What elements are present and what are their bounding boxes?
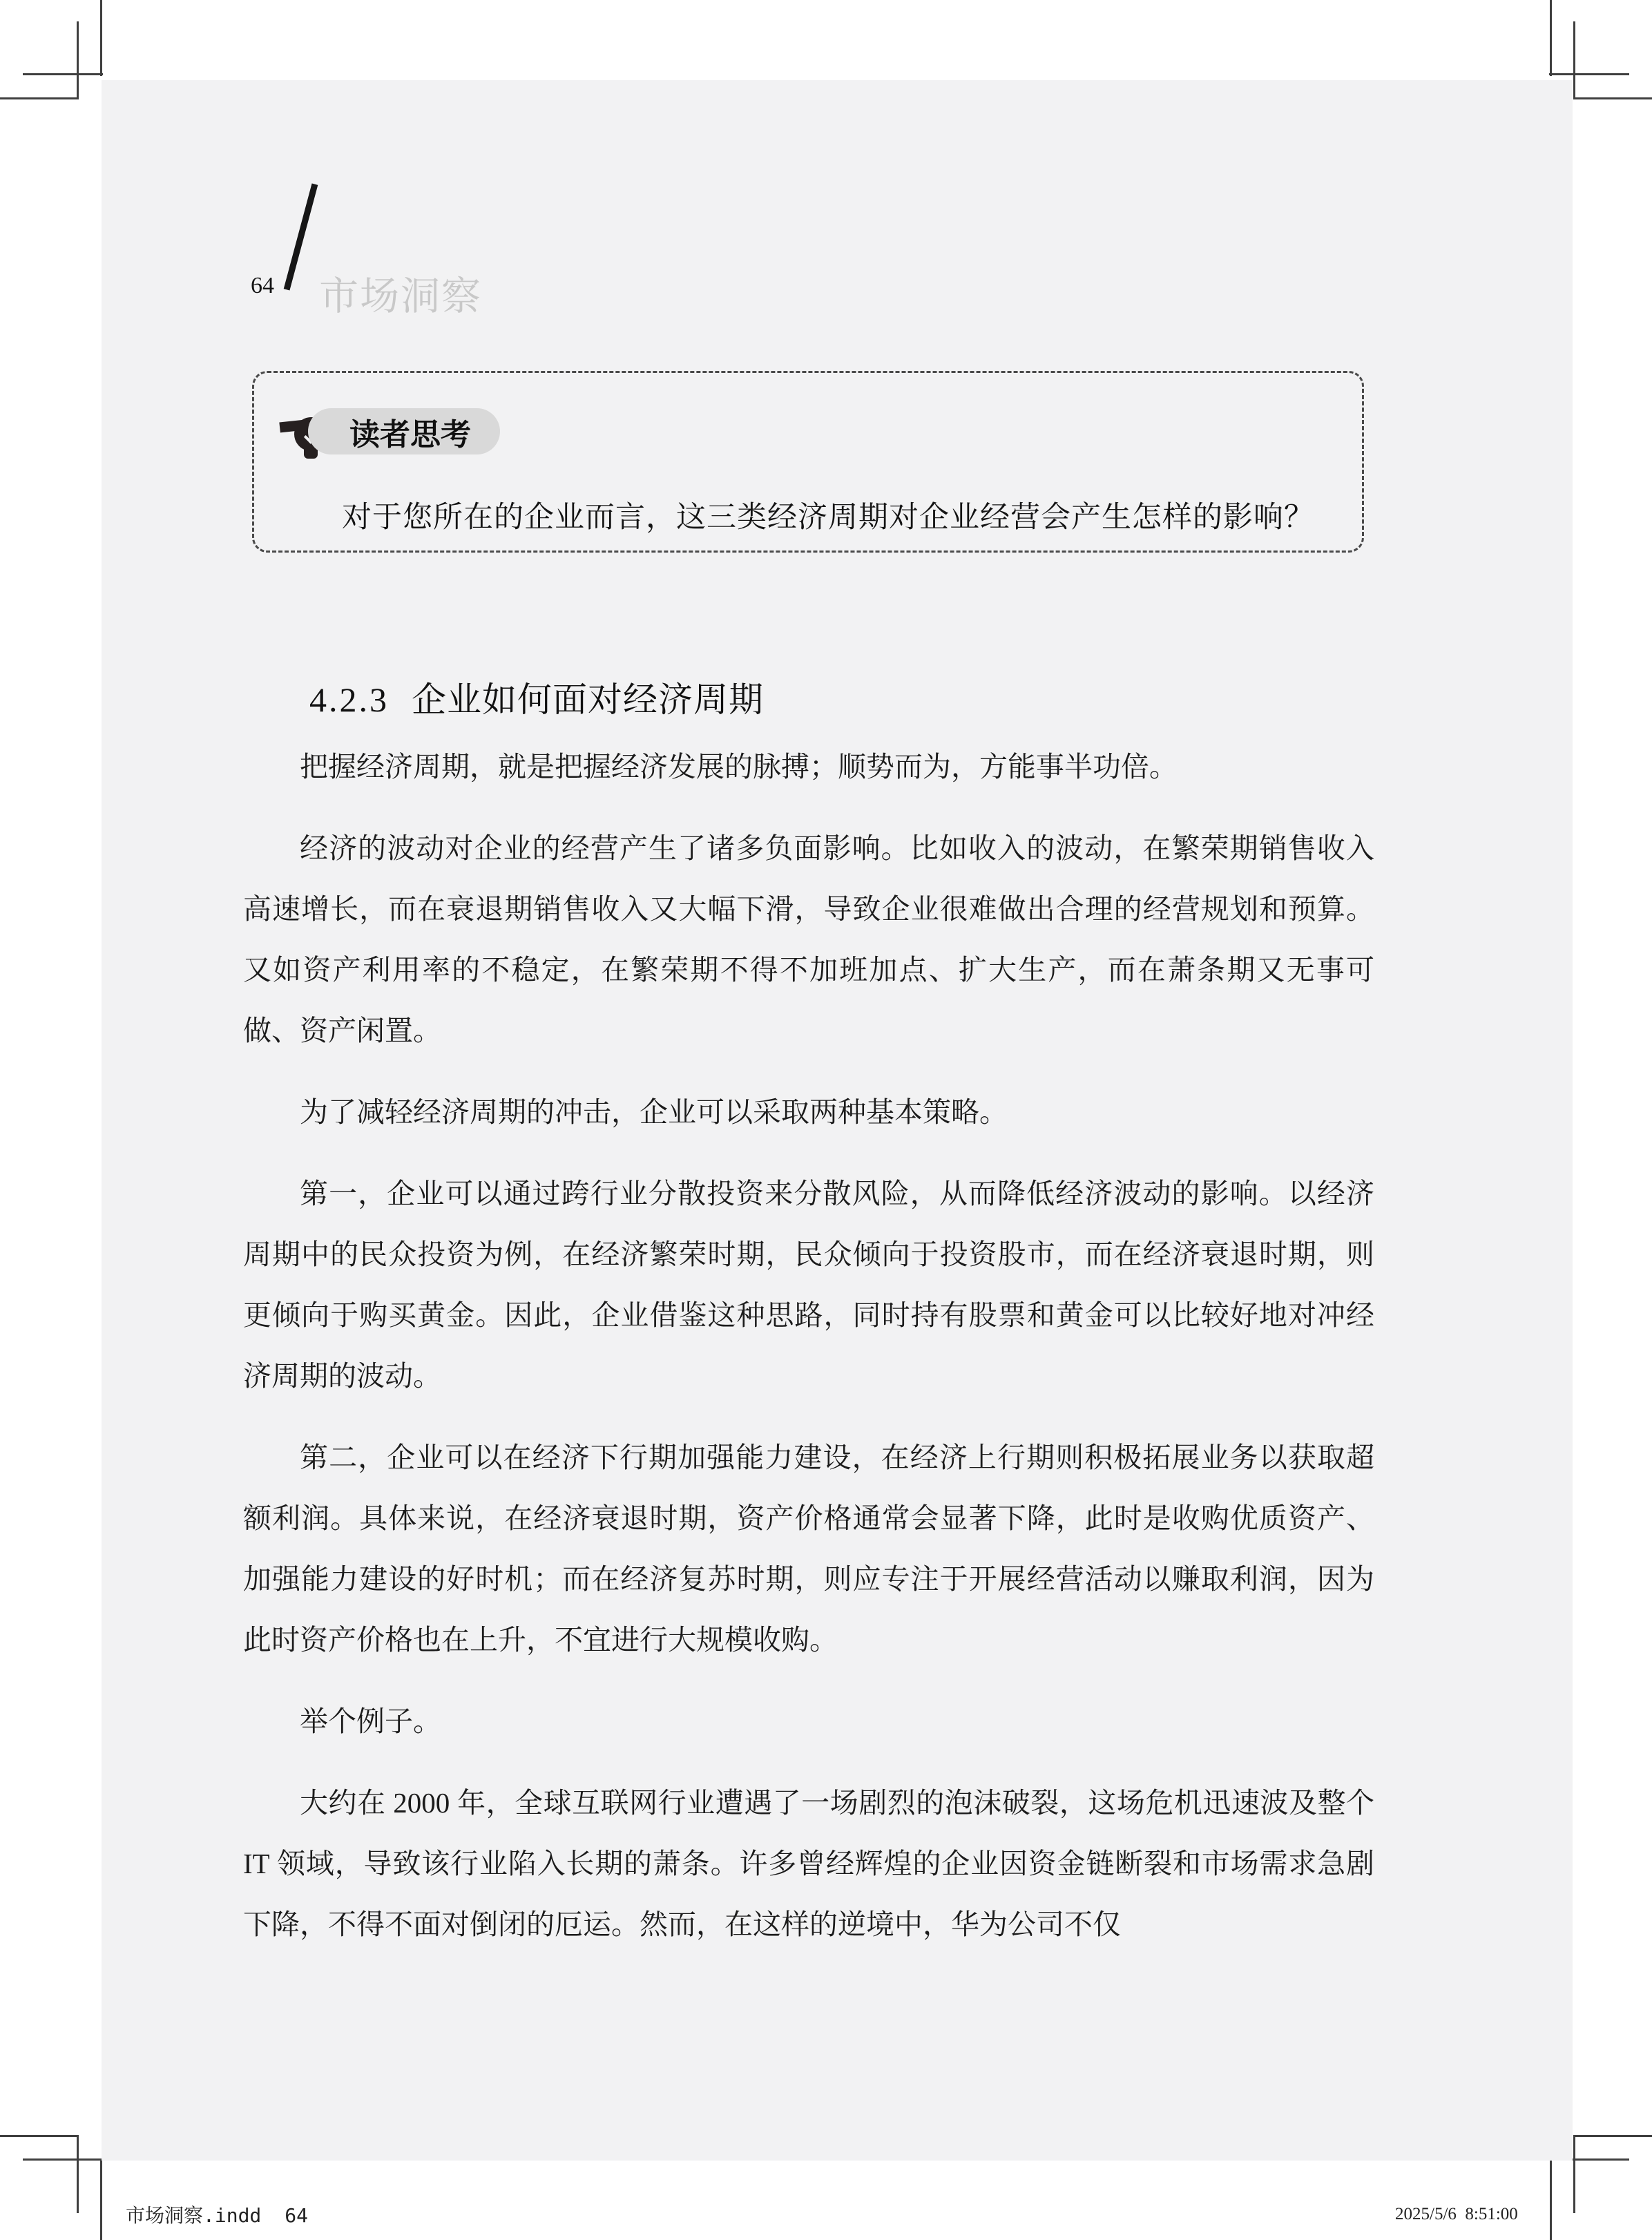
crop-mark bbox=[77, 21, 79, 99]
paragraph: 举个例子。 bbox=[243, 1691, 1374, 1752]
reader-thoughts-label: 读者思考 bbox=[349, 410, 471, 454]
article-body: 把握经济周期，就是把握经济发展的脉搏；顺势而为，方能事半功倍。 经济的波动对企业… bbox=[243, 736, 1374, 1955]
crop-mark bbox=[0, 2135, 79, 2137]
slug-timestamp: 2025/5/6 8:51:00 bbox=[1395, 2205, 1518, 2224]
crop-mark bbox=[1573, 97, 1652, 99]
crop-mark bbox=[1550, 0, 1552, 76]
reader-question-text: 对于您所在的企业而言，这三类经济周期对企业经营会产生怎样的影响？ bbox=[342, 494, 1314, 536]
slug-file-page: 64 bbox=[285, 2204, 308, 2227]
reader-thoughts-label-pill: 读者思考 bbox=[308, 408, 500, 454]
paragraph: 大约在 2000 年，全球互联网行业遭遇了一场剧烈的泡沫破裂，这场危机迅速波及整… bbox=[243, 1772, 1374, 1955]
crop-mark bbox=[23, 2158, 103, 2161]
crop-mark bbox=[100, 2158, 102, 2240]
crop-mark bbox=[1573, 2135, 1652, 2137]
slug-filename: 市场洞察.indd64 bbox=[126, 2201, 308, 2228]
section-number: 4.2.3 bbox=[309, 680, 389, 719]
crop-mark bbox=[1549, 73, 1629, 75]
paragraph: 经济的波动对企业的经营产生了诸多负面影响。比如收入的波动，在繁荣期销售收入高速增… bbox=[243, 818, 1374, 1061]
crop-mark bbox=[23, 73, 103, 75]
page-canvas: 64 市场洞察 读者思考 对于您所在的企业而言，这三类经济周期对企业经营会产生怎… bbox=[102, 80, 1573, 2161]
reader-icon-foot bbox=[304, 449, 318, 459]
page-number: 64 bbox=[251, 273, 274, 299]
crop-mark bbox=[100, 0, 102, 76]
slug-file-label: 市场洞察.indd bbox=[126, 2204, 261, 2227]
paragraph: 第一，企业可以通过跨行业分散投资来分散风险，从而降低经济波动的影响。以经济周期中… bbox=[243, 1163, 1374, 1406]
running-head-book-title: 市场洞察 bbox=[319, 265, 482, 321]
crop-mark bbox=[1573, 21, 1575, 99]
crop-mark bbox=[1573, 2135, 1575, 2213]
paragraph: 把握经济周期，就是把握经济发展的脉搏；顺势而为，方能事半功倍。 bbox=[243, 736, 1374, 797]
crop-mark bbox=[77, 2135, 79, 2213]
book-page-scan: 64 市场洞察 读者思考 对于您所在的企业而言，这三类经济周期对企业经营会产生怎… bbox=[0, 0, 1652, 2240]
reader-thoughts-box: 读者思考 对于您所在的企业而言，这三类经济周期对企业经营会产生怎样的影响？ bbox=[252, 371, 1364, 553]
crop-mark bbox=[1550, 2158, 1552, 2240]
slash-divider-icon bbox=[284, 184, 318, 291]
paragraph: 第二，企业可以在经济下行期加强能力建设，在经济上行期则积极拓展业务以获取超额利润… bbox=[243, 1427, 1374, 1670]
section-heading: 4.2.3企业如何面对经济周期 bbox=[309, 672, 764, 722]
section-title: 企业如何面对经济周期 bbox=[412, 680, 764, 719]
crop-mark bbox=[0, 97, 79, 99]
paragraph: 为了减轻经济周期的冲击，企业可以采取两种基本策略。 bbox=[243, 1082, 1374, 1142]
